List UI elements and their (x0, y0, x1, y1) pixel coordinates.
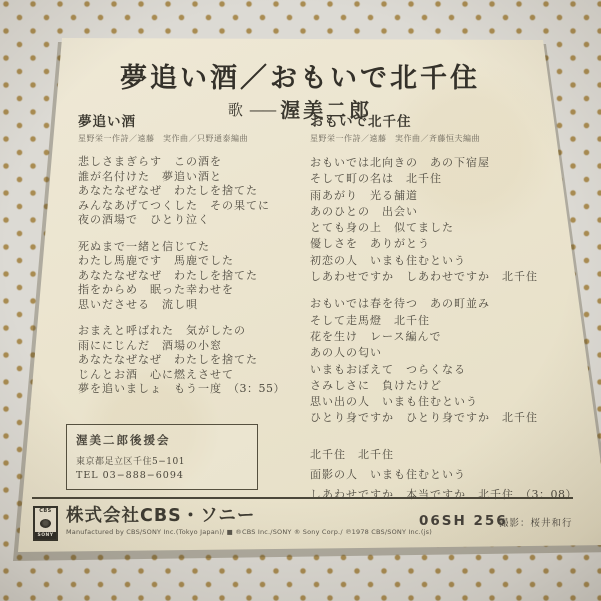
photographer-credit: 撮影：桜井和行 (499, 515, 573, 529)
song-credits: 星野栄一作詩／遠藤 実作曲／只野通泰編曲 (78, 133, 308, 144)
lyrics: おもいでは北向きの あの下宿屋そして町の名は 北千住雨あがり 光る舗道あのひとの… (310, 155, 562, 505)
company-block: 株式会社CBS・ソニー Manufactured by CBS/SONY Inc… (66, 506, 432, 536)
lyric-line: 雨ににじんだ 酒場の小窓 (78, 339, 308, 354)
lyric-line: みんなあげてつくした その果てに (78, 199, 308, 214)
lyric-line: そして町の名は 北千住 (310, 171, 562, 187)
logo-emblem-icon (40, 519, 51, 528)
record-sleeve: 夢追い酒／おもいで北千住 歌 —— 渥美二郎 夢追い酒 星野栄一作詩／遠藤 実作… (0, 0, 601, 601)
lyric-line: あなたなぜなぜ わたしを捨てた (78, 353, 308, 368)
lyric-line: おもいでは北向きの あの下宿屋 (310, 155, 562, 171)
logo-cbs-text: CBS (39, 509, 52, 514)
lyric-line: 思い出の人 いまも住むという (310, 394, 562, 410)
footer-divider (32, 497, 573, 499)
lyric-line: しあわせですか 本当ですか 北千住 （3：08） (310, 485, 562, 505)
song-credits: 星野栄一作詩／遠藤 実作曲／斉藤恒夫編曲 (310, 133, 562, 144)
lyric-line: 思いださせる 流し唄 (78, 298, 308, 313)
cbs-sony-logo-icon: CBS SONY (33, 506, 58, 541)
fan-club-name: 渥美二郎後援会 (76, 432, 248, 448)
lyric-line: 初恋の人 いまも住むという (310, 253, 562, 269)
verse: おもいでは北向きの あの下宿屋そして町の名は 北千住雨あがり 光る舗道あのひとの… (310, 155, 562, 285)
lyric-line: 悲しさまぎらす この酒を (78, 155, 308, 170)
lyric-line: おもいでは春を待つ あの町並み (310, 296, 562, 312)
lyric-line: 優しさを ありがとう (310, 236, 562, 252)
song-duration: （3：55） (222, 382, 285, 395)
fan-club-box: 渥美二郎後援会 東京都足立区千住5−101 TEL 03−888−6094 (66, 424, 258, 490)
lyric-line: 花を生け レース編んで (310, 329, 562, 345)
verse: 北千住 北千住面影の人 いまも住むというしあわせですか 本当ですか 北千住 （3… (310, 445, 562, 505)
verse: 死ぬまで一緒と信じてたわたし馬鹿です 馬鹿でしたあなたなぜなぜ わたしを捨てた指… (78, 240, 308, 313)
verse: おまえと呼ばれた 気がしたの雨ににじんだ 酒場の小窓あなたなぜなぜ わたしを捨て… (78, 324, 308, 397)
lyric-line: 誰が名付けた 夢追い酒と (78, 170, 308, 185)
verse: おもいでは春を待つ あの町並みそして走馬燈 北千住花を生け レース編んであの人の… (310, 296, 562, 426)
lyric-line: 死ぬまで一緒と信じてた (78, 240, 308, 255)
lyric-line: おまえと呼ばれた 気がしたの (78, 324, 308, 339)
record-title: 夢追い酒／おもいで北千住 (60, 56, 540, 95)
lyric-line: 北千住 北千住 (310, 445, 562, 465)
lyric-line: わたし馬鹿です 馬鹿でした (78, 254, 308, 269)
photo-record-sleeve-back: { "title": "夢追い酒／おもいで北千住", "artist_line"… (0, 0, 601, 601)
logo-sony-text: SONY (35, 532, 56, 539)
company-name: 株式会社CBS・ソニー (66, 506, 432, 526)
song-title: 夢追い酒 (78, 110, 308, 130)
lyric-line: あのひとの 出会い (310, 204, 562, 220)
lyric-line: さみしさに 負けたけど (310, 378, 562, 394)
lyric-line: じんとお酒 心に燃えさせて (78, 368, 308, 383)
label-credit-block: CBS SONY 株式会社CBS・ソニー Manufactured by CBS… (33, 506, 432, 541)
fan-club-address: 東京都足立区千住5−101 (76, 454, 248, 467)
lyric-line: 雨あがり 光る舗道 (310, 188, 562, 204)
lyric-line: 夢を追いましょ もう一度 （3：55） (78, 382, 308, 397)
manufactured-line: Manufactured by CBS/SONY Inc.(Tokyo Japa… (66, 528, 432, 536)
lyric-line: 面影の人 いまも住むという (310, 465, 562, 485)
song-column-right: おもいで北千住 星野栄一作詩／遠藤 実作曲／斉藤恒夫編曲 おもいでは北向きの あ… (310, 110, 562, 505)
lyric-line: 夜の酒場で ひとり泣く (78, 213, 308, 228)
catalog-number: 06SH 256 (419, 513, 508, 529)
lyric-line: そして走馬燈 北千住 (310, 313, 562, 329)
lyric-line: あの人の匂い (310, 345, 562, 361)
song-title: おもいで北千住 (310, 110, 562, 130)
fan-club-tel: TEL 03−888−6094 (76, 470, 248, 481)
lyric-line: あなたなぜなぜ わたしを捨てた (78, 184, 308, 199)
lyric-line: いまもおぼえて つらくなる (310, 362, 562, 378)
verse: 悲しさまぎらす この酒を誰が名付けた 夢追い酒とあなたなぜなぜ わたしを捨てたみ… (78, 155, 308, 228)
lyric-line: ひとり身ですか ひとり身ですか 北千住 (310, 410, 562, 426)
song-column-left: 夢追い酒 星野栄一作詩／遠藤 実作曲／只野通泰編曲 悲しさまぎらす この酒を誰が… (78, 110, 308, 397)
lyric-line: しあわせですか しあわせですか 北千住 (310, 269, 562, 285)
lyric-line: 指をからめ 眠った幸わせを (78, 283, 308, 298)
lyric-line: とても身の上 似てました (310, 220, 562, 236)
lyrics: 悲しさまぎらす この酒を誰が名付けた 夢追い酒とあなたなぜなぜ わたしを捨てたみ… (78, 155, 308, 397)
lyric-line: あなたなぜなぜ わたしを捨てた (78, 269, 308, 284)
